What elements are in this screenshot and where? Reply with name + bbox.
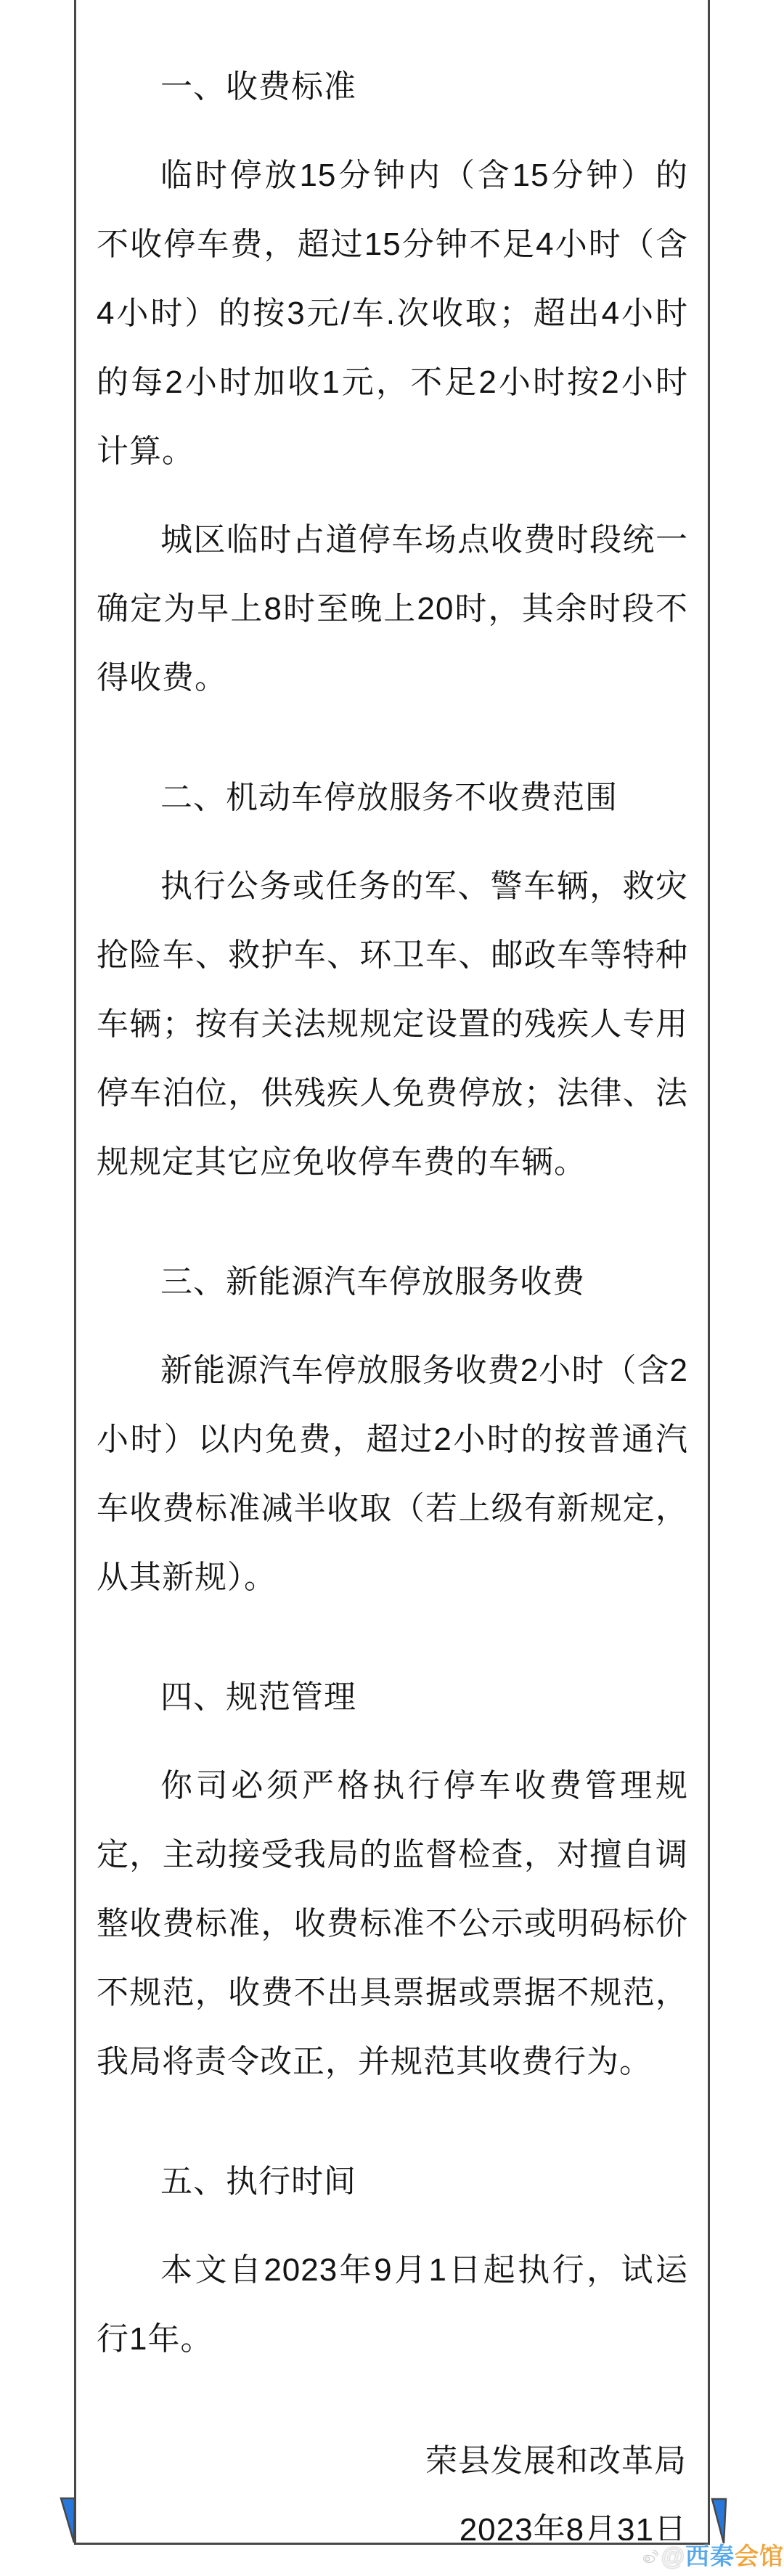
- section-3-paragraph-1: 新能源汽车停放服务收费2小时（含2小时）以内免费，超过2小时的按普通汽车收费标准…: [97, 1336, 688, 1612]
- section-heading-4: 四、规范管理: [97, 1663, 688, 1732]
- section-heading-1: 一、收费标准: [97, 52, 688, 121]
- section-2-paragraph-1: 执行公务或任务的军、警车辆，救灾抢险车、救护车、环卫车、邮政车等特种车辆；按有关…: [97, 852, 688, 1197]
- signature-block: 荣县发展和改革局 2023年8月31日: [97, 2426, 688, 2540]
- section-heading-3: 三、新能源汽车停放服务收费: [97, 1247, 688, 1316]
- section-4-paragraph-1: 你司必须严格执行停车收费管理规定，主动接受我局的监督检查，对擅自调整收费标准，收…: [97, 1751, 688, 2096]
- corner-triangle-right-icon: [709, 2495, 730, 2547]
- document-box: 一、收费标准 临时停放15分钟内（含15分钟）的不收停车费，超过15分钟不足4小…: [74, 0, 710, 2545]
- document-content: 一、收费标准 临时停放15分钟内（含15分钟）的不收停车费，超过15分钟不足4小…: [78, 0, 706, 2540]
- section-1-paragraph-2: 城区临时占道停车场点收费时段统一确定为早上8时至晚上20时，其余时段不得收费。: [97, 505, 688, 712]
- section-heading-5: 五、执行时间: [97, 2147, 688, 2216]
- signature-issuer: 荣县发展和改革局: [97, 2426, 687, 2495]
- section-5-paragraph-1: 本文自2023年9月1日起执行，试运行1年。: [97, 2235, 688, 2373]
- watermark-name-orange: 会馆: [735, 2543, 784, 2569]
- corner-triangle-left-icon: [58, 2495, 80, 2547]
- section-1-paragraph-1: 临时停放15分钟内（含15分钟）的不收停车费，超过15分钟不足4小时（含4小时）…: [97, 141, 688, 486]
- signature-date: 2023年8月31日: [97, 2495, 687, 2540]
- watermark-at-symbol: @: [661, 2543, 685, 2569]
- section-heading-2: 二、机动车停放服务不收费范围: [97, 763, 688, 832]
